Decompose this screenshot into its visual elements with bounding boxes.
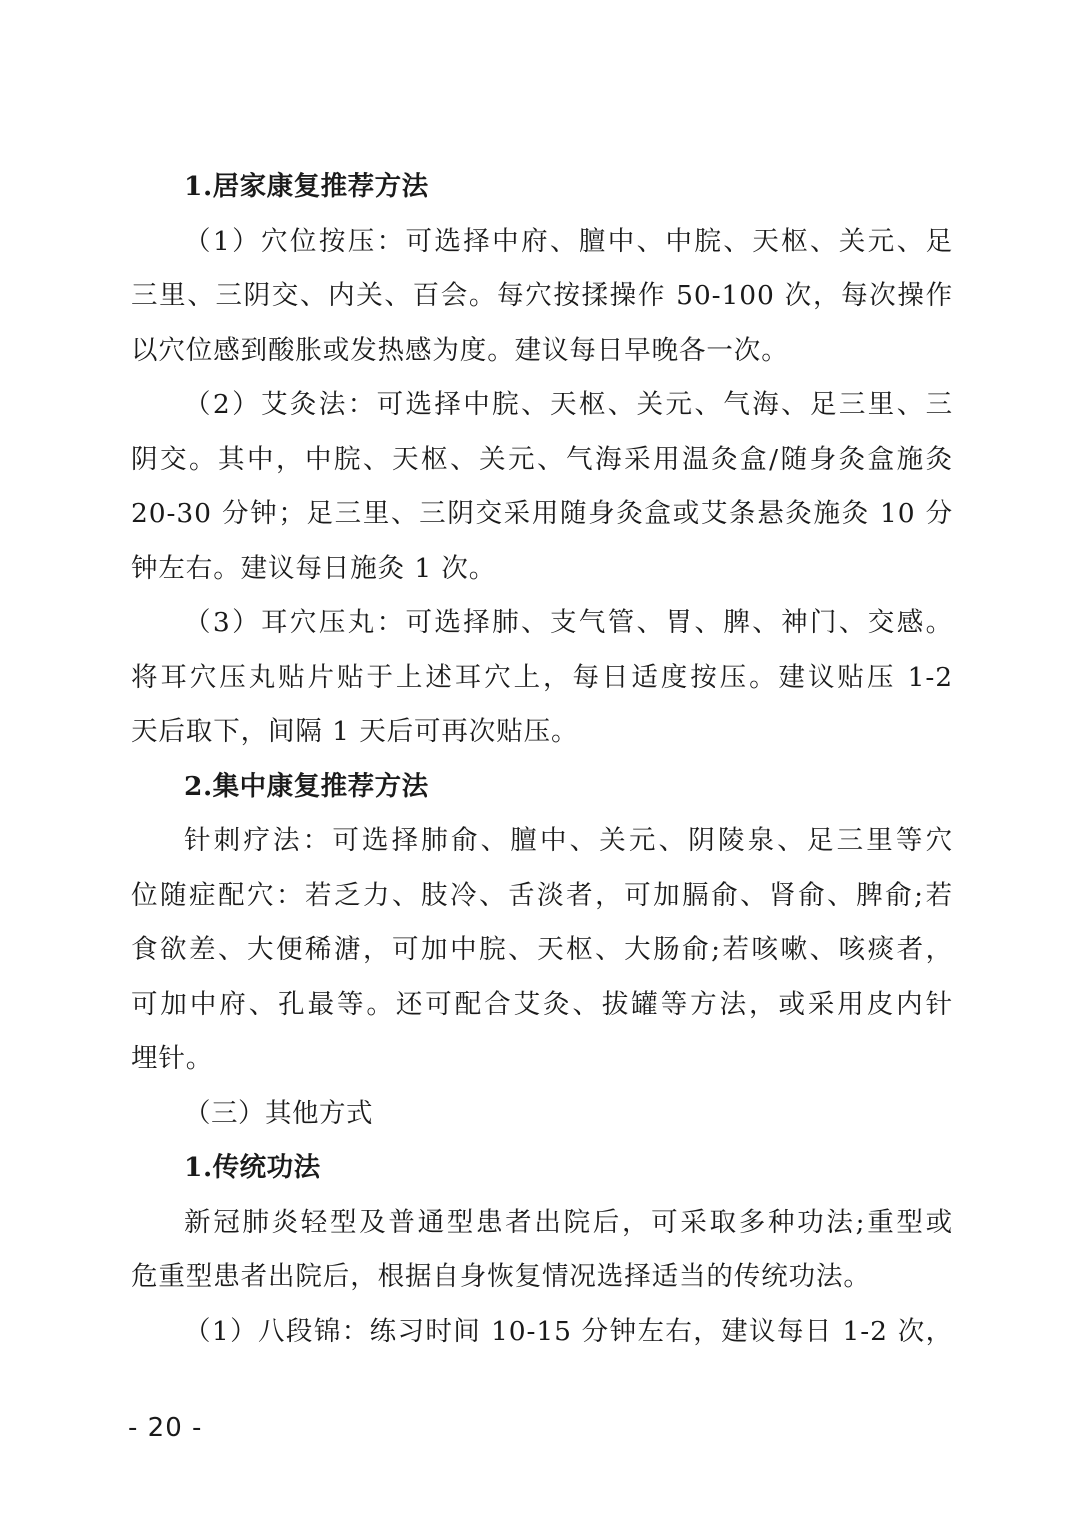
document-page: 1.居家康复推荐方法 （1）穴位按压：可选择中府、膻中、中脘、天枢、关元、足 三…	[131, 160, 953, 1359]
paragraph-exercise-intro: 新冠肺炎轻型及普通型患者出院后，可采取多种功法;重型或 危重型患者出院后，根据自…	[131, 1196, 953, 1305]
paragraph-acupuncture: 针刺疗法：可选择肺俞、膻中、关元、阴陵泉、足三里等穴 位随症配穴：若乏力、肢冷、…	[131, 814, 953, 1087]
paragraph-baduanjin: （1）八段锦：练习时间 10-15 分钟左右，建议每日 1-2 次，	[131, 1305, 953, 1360]
section-heading-centralized-rehab: 2.集中康复推荐方法	[131, 760, 953, 815]
section-subheading-other-methods: （三）其他方式	[131, 1087, 953, 1142]
paragraph-acupressure: （1）穴位按压：可选择中府、膻中、中脘、天枢、关元、足 三里、三阴交、内关、百会…	[131, 215, 953, 379]
paragraph-ear-acupressure: （3）耳穴压丸：可选择肺、支气管、胃、脾、神门、交感。 将耳穴压丸贴片贴于上述耳…	[131, 596, 953, 760]
page-number: - 20 -	[128, 1413, 202, 1443]
section-heading-home-rehab: 1.居家康复推荐方法	[131, 160, 953, 215]
section-heading-traditional-exercise: 1.传统功法	[131, 1141, 953, 1196]
paragraph-moxibustion: （2）艾灸法：可选择中脘、天枢、关元、气海、足三里、三 阴交。其中，中脘、天枢、…	[131, 378, 953, 596]
